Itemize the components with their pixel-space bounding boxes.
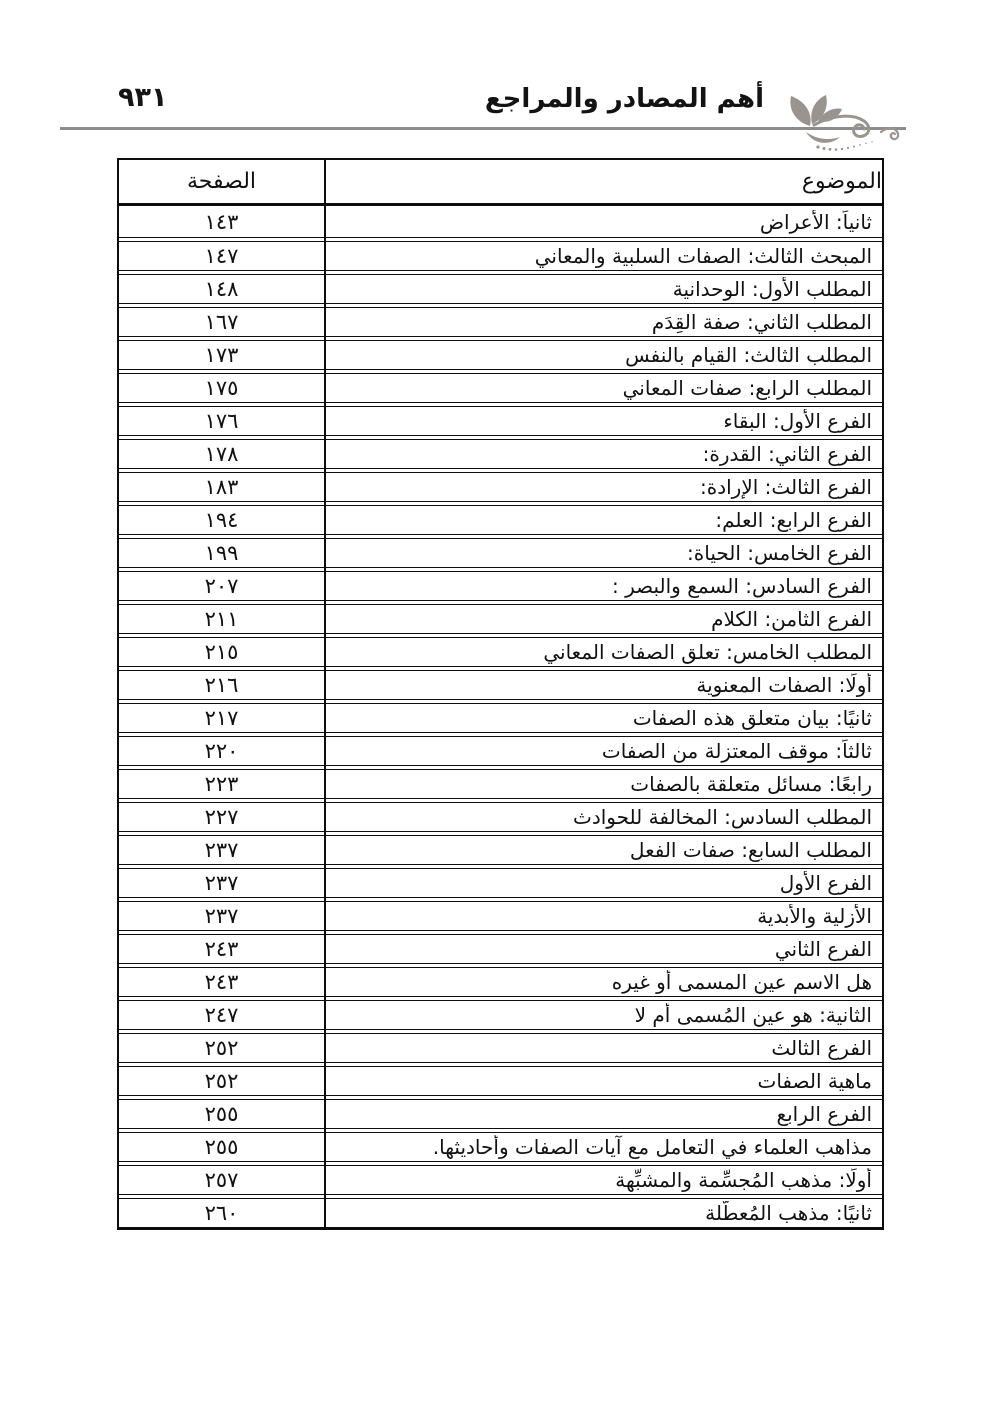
toc-row: الثانية: هو عين المُسمى أم لا٢٤٧ — [119, 1000, 882, 1030]
toc-row: المطلب السادس: المخالفة للحوادث٢٢٧ — [119, 802, 882, 832]
running-chapter-title: أهم المصادر والمراجع — [485, 84, 764, 114]
table-header-row: الموضوع الصفحة — [119, 160, 882, 206]
toc-page-number-cell: ٢١٧ — [119, 706, 324, 730]
toc-page-number-cell: ٢٤٣ — [119, 937, 324, 961]
toc-page-number-cell: ٢١٦ — [119, 673, 324, 697]
toc-subject-cell: ثانياً: الأعراض — [324, 210, 882, 234]
toc-row: مذاهب العلماء في التعامل مع آيات الصفات … — [119, 1132, 882, 1162]
toc-page-number-cell: ٢٥٧ — [119, 1168, 324, 1192]
toc-row: الفرع الخامس: الحياة:١٩٩ — [119, 538, 882, 568]
toc-subject-cell: الفرع الرابع: العلم: — [324, 508, 882, 532]
toc-page-number-cell: ١٩٤ — [119, 508, 324, 532]
toc-page-number-cell: ١٧٥ — [119, 376, 324, 400]
toc-page-number-cell: ١٦٧ — [119, 310, 324, 334]
subject-column-header: الموضوع — [324, 169, 882, 194]
toc-subject-cell: ثالثاً: موقف المعتزلة من الصفات — [324, 739, 882, 763]
toc-subject-cell: أولًا: مذهب المُجسِّمة والمشبِّهة — [324, 1168, 882, 1192]
toc-row: الفرع الثالث: الإرادة:١٨٣ — [119, 472, 882, 502]
toc-page-number-cell: ١٧٨ — [119, 442, 324, 466]
toc-page-number-cell: ٢١١ — [119, 607, 324, 631]
toc-row: الفرع الثالث٢٥٢ — [119, 1033, 882, 1063]
toc-row: أولًا: مذهب المُجسِّمة والمشبِّهة٢٥٧ — [119, 1165, 882, 1195]
toc-row: الفرع الثاني: القدرة:١٧٨ — [119, 439, 882, 469]
toc-page-number-cell: ٢٠٧ — [119, 574, 324, 598]
toc-row: المطلب الأول: الوحدانية١٤٨ — [119, 274, 882, 304]
toc-row: الفرع الثامن: الكلام٢١١ — [119, 604, 882, 634]
toc-subject-cell: المطلب الخامس: تعلق الصفات المعاني — [324, 640, 882, 664]
toc-subject-cell: الفرع الخامس: الحياة: — [324, 541, 882, 565]
toc-row: الأزلية والأبدية٢٣٧ — [119, 901, 882, 931]
contents-table: الموضوع الصفحة ثانياً: الأعراض١٤٣المبحث … — [117, 158, 884, 1230]
toc-row: المطلب السابع: صفات الفعل٢٣٧ — [119, 835, 882, 865]
toc-subject-cell: المطلب السادس: المخالفة للحوادث — [324, 805, 882, 829]
toc-subject-cell: الفرع الأول: البقاء — [324, 409, 882, 433]
toc-page-number-cell: ١٧٦ — [119, 409, 324, 433]
toc-subject-cell: المبحث الثالث: الصفات السلبية والمعاني — [324, 244, 882, 268]
toc-page-number-cell: ١٤٨ — [119, 277, 324, 301]
toc-page-number-cell: ١٤٧ — [119, 244, 324, 268]
toc-page-number-cell: ١٤٣ — [119, 210, 324, 234]
toc-page-number-cell: ٢٥٢ — [119, 1036, 324, 1060]
toc-subject-cell: مذاهب العلماء في التعامل مع آيات الصفات … — [324, 1135, 882, 1159]
toc-row: ثانيًا: مذهب المُعطَّلة٢٦٠ — [119, 1198, 882, 1228]
toc-row: المطلب الثاني: صفة القِدَم١٦٧ — [119, 307, 882, 337]
toc-page-number-cell: ١٧٣ — [119, 343, 324, 367]
toc-row: رابعًا: مسائل متعلقة بالصفات٢٢٣ — [119, 769, 882, 799]
toc-subject-cell: الفرع السادس: السمع والبصر : — [324, 574, 882, 598]
toc-row: ثانياً: الأعراض١٤٣ — [119, 206, 882, 238]
column-divider — [324, 160, 326, 1228]
toc-row: هل الاسم عين المسمى أو غيره٢٤٣ — [119, 967, 882, 997]
toc-page-number-cell: ٢٤٣ — [119, 970, 324, 994]
page-column-header: الصفحة — [119, 169, 324, 194]
toc-page-number-cell: ٢٤٧ — [119, 1003, 324, 1027]
toc-page-number-cell: ٢٣٧ — [119, 838, 324, 862]
toc-subject-cell: المطلب الأول: الوحدانية — [324, 277, 882, 301]
toc-subject-cell: ثانيًا: بيان متعلق هذه الصفات — [324, 706, 882, 730]
toc-row: المطلب الخامس: تعلق الصفات المعاني٢١٥ — [119, 637, 882, 667]
floral-flourish-icon — [778, 92, 910, 154]
toc-page-number-cell: ٢٣٧ — [119, 904, 324, 928]
table-body: ثانياً: الأعراض١٤٣المبحث الثالث: الصفات … — [119, 206, 882, 1228]
toc-row: الفرع الثاني٢٤٣ — [119, 934, 882, 964]
toc-page-number-cell: ٢٦٠ — [119, 1201, 324, 1225]
toc-subject-cell: المطلب الثاني: صفة القِدَم — [324, 310, 882, 334]
toc-row: المطلب الرابع: صفات المعاني١٧٥ — [119, 373, 882, 403]
toc-subject-cell: الثانية: هو عين المُسمى أم لا — [324, 1003, 882, 1027]
toc-page-number-cell: ٢٥٥ — [119, 1102, 324, 1126]
toc-page-number-cell: ٢١٥ — [119, 640, 324, 664]
toc-subject-cell: الفرع الثالث: الإرادة: — [324, 475, 882, 499]
toc-subject-cell: المطلب الثالث: القيام بالنفس — [324, 343, 882, 367]
toc-subject-cell: الفرع الأول — [324, 871, 882, 895]
toc-subject-cell: أولًا: الصفات المعنوية — [324, 673, 882, 697]
toc-page-number-cell: ١٨٣ — [119, 475, 324, 499]
toc-page-number-cell: ٢٣٧ — [119, 871, 324, 895]
toc-row: ماهية الصفات٢٥٢ — [119, 1066, 882, 1096]
toc-row: الفرع السادس: السمع والبصر :٢٠٧ — [119, 571, 882, 601]
toc-row: الفرع الرابع: العلم:١٩٤ — [119, 505, 882, 535]
toc-subject-cell: رابعًا: مسائل متعلقة بالصفات — [324, 772, 882, 796]
folio-page-number: ٩٣١ — [118, 82, 167, 113]
toc-row: المطلب الثالث: القيام بالنفس١٧٣ — [119, 340, 882, 370]
toc-subject-cell: المطلب الرابع: صفات المعاني — [324, 376, 882, 400]
toc-row: أولًا: الصفات المعنوية٢١٦ — [119, 670, 882, 700]
toc-subject-cell: الفرع الثاني — [324, 937, 882, 961]
toc-subject-cell: ثانيًا: مذهب المُعطَّلة — [324, 1201, 882, 1225]
toc-subject-cell: الفرع الثامن: الكلام — [324, 607, 882, 631]
toc-subject-cell: الفرع الرابع — [324, 1102, 882, 1126]
book-page: ٩٣١ أهم المصادر والمراجع الموضو — [0, 0, 1004, 1418]
toc-subject-cell: هل الاسم عين المسمى أو غيره — [324, 970, 882, 994]
toc-page-number-cell: ٢٢٣ — [119, 772, 324, 796]
toc-row: ثالثاً: موقف المعتزلة من الصفات٢٢٠ — [119, 736, 882, 766]
toc-row: ثانيًا: بيان متعلق هذه الصفات٢١٧ — [119, 703, 882, 733]
toc-row: الفرع الأول: البقاء١٧٦ — [119, 406, 882, 436]
toc-subject-cell: المطلب السابع: صفات الفعل — [324, 838, 882, 862]
toc-page-number-cell: ٢٢٠ — [119, 739, 324, 763]
toc-page-number-cell: ٢٥٢ — [119, 1069, 324, 1093]
toc-subject-cell: ماهية الصفات — [324, 1069, 882, 1093]
toc-page-number-cell: ٢٢٧ — [119, 805, 324, 829]
toc-page-number-cell: ٢٥٥ — [119, 1135, 324, 1159]
toc-row: الفرع الرابع٢٥٥ — [119, 1099, 882, 1129]
toc-subject-cell: الأزلية والأبدية — [324, 904, 882, 928]
toc-page-number-cell: ١٩٩ — [119, 541, 324, 565]
toc-subject-cell: الفرع الثاني: القدرة: — [324, 442, 882, 466]
toc-subject-cell: الفرع الثالث — [324, 1036, 882, 1060]
toc-row: المبحث الثالث: الصفات السلبية والمعاني١٤… — [119, 241, 882, 271]
toc-row: الفرع الأول٢٣٧ — [119, 868, 882, 898]
